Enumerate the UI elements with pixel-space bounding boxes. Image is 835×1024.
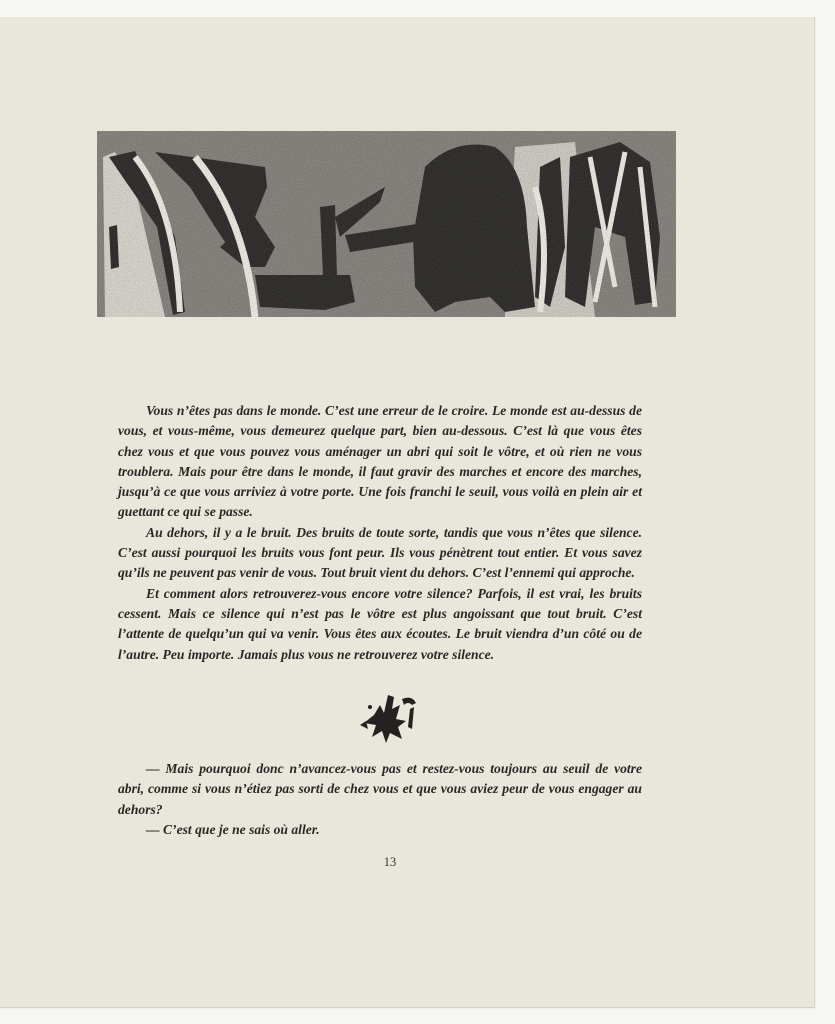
page-number: 13 [0,855,780,870]
paragraph: Et comment alors retrouverez-vous encore… [118,584,642,665]
ink-vignette-icon [350,685,426,749]
paragraph: Au dehors, il y a le bruit. Des bruits d… [118,523,642,584]
woodcut-illustration [95,127,678,320]
dialogue-line: — C’est que je ne sais où aller. [118,820,642,840]
book-page: Vous n’êtes pas dans le monde. C’est une… [0,17,815,1008]
body-text: Vous n’êtes pas dans le monde. C’est une… [118,401,642,665]
dialogue-line: — Mais pourquoi donc n’avancez-vous pas … [118,759,642,820]
dialogue-text: — Mais pourquoi donc n’avancez-vous pas … [118,759,642,840]
paragraph: Vous n’êtes pas dans le monde. C’est une… [118,401,642,523]
